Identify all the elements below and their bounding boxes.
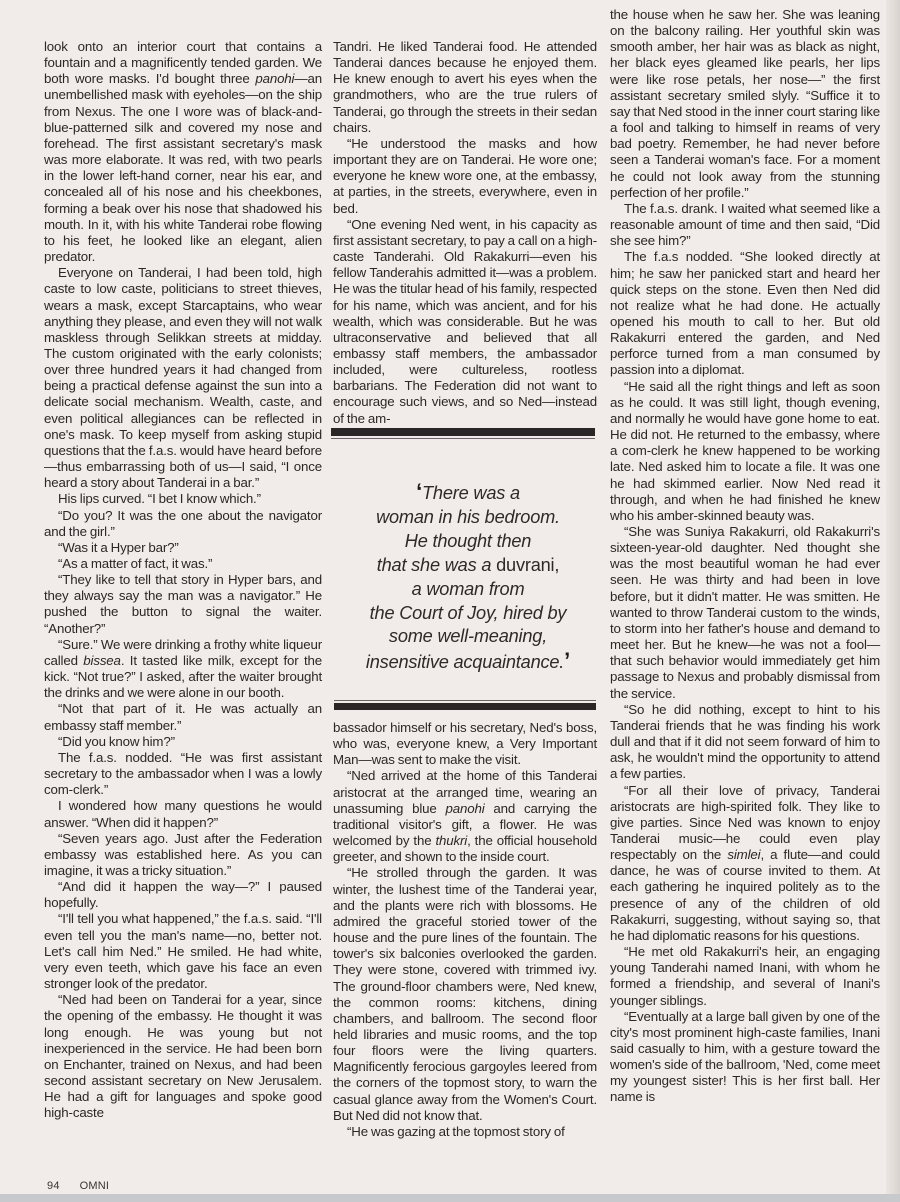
paragraph: “He met old Rakakurri's heir, an engagin… (610, 944, 880, 1009)
article-column-2-bottom: bassador himself or his secretary, Ned's… (333, 720, 597, 1140)
paragraph: look onto an interior court that contain… (44, 39, 322, 265)
italic-term: bissea (83, 653, 121, 668)
paragraph: bassador himself or his secretary, Ned's… (333, 720, 597, 768)
pullquote-line: the Court of Joy, hired by (343, 602, 593, 626)
paragraph: “One evening Ned went, in his capacity a… (333, 217, 597, 427)
article-column-1: look onto an interior court that contain… (44, 39, 322, 1121)
paragraph: Tandri. He liked Tanderai food. He atten… (333, 39, 597, 136)
paragraph: His lips curved. “I bet I know which.” (44, 491, 322, 507)
paragraph: “So he did nothing, except to hint to hi… (610, 702, 880, 783)
paragraph: “He understood the masks and how importa… (333, 136, 597, 217)
paragraph: “Was it a Hyper bar?” (44, 540, 322, 556)
paragraph: “Not that part of it. He was actually an… (44, 701, 322, 733)
paragraph: “As a matter of fact, it was.” (44, 556, 322, 572)
pullquote-body: ‘There was awoman in his bedroom.He thou… (343, 480, 593, 675)
paragraph: “Sure.” We were drinking a frothy white … (44, 637, 322, 702)
page-edge-shadow (886, 0, 900, 1202)
close-quote-mark-icon: ’ (564, 648, 570, 673)
rule-thin-line (331, 438, 595, 439)
paragraph: “Did you know him?” (44, 734, 322, 750)
pullquote-line: woman in his bedroom. (343, 506, 593, 530)
pullquote-line: ‘There was a (343, 480, 593, 506)
paragraph: “He strolled through the garden. It was … (333, 865, 597, 1124)
paragraph: “He said all the right things and left a… (610, 379, 880, 524)
italic-term: simlei (727, 847, 760, 862)
paragraph: “Do you? It was the one about the naviga… (44, 508, 322, 540)
pullquote-top-rule (331, 428, 595, 440)
page-number: 94 (47, 1180, 60, 1192)
paragraph: Everyone on Tanderai, I had been told, h… (44, 265, 322, 491)
pullquote-bottom-rule (334, 700, 596, 712)
paragraph: The f.a.s nodded. “She looked directly a… (610, 249, 880, 378)
italic-term: panohi (445, 801, 484, 816)
open-quote-mark-icon: ‘ (416, 479, 422, 504)
paragraph: “Ned had been on Tanderai for a year, si… (44, 992, 322, 1121)
paragraph: “I'll tell you what happened,” the f.a.s… (44, 911, 322, 992)
pullquote-line: insensitive acquaintance.’ (343, 649, 593, 675)
magazine-name: OMNI (80, 1180, 110, 1192)
pullquote-line: a woman from (343, 578, 593, 602)
article-column-2-top: Tandri. He liked Tanderai food. He atten… (333, 39, 597, 427)
rule-thick-bar (334, 703, 596, 710)
page-folio: 94OMNI (47, 1180, 129, 1192)
paragraph: “Ned arrived at the home of this Tandera… (333, 768, 597, 865)
paragraph: “Seven years ago. Just after the Federat… (44, 831, 322, 879)
paragraph: the house when he saw her. She was leani… (610, 7, 880, 201)
pullquote: ‘There was awoman in his bedroom.He thou… (343, 480, 593, 675)
paragraph: The f.a.s. nodded. “He was first assista… (44, 750, 322, 798)
italic-term: panohi (255, 71, 294, 86)
paragraph: “And did it happen the way—?” I paused h… (44, 879, 322, 911)
paragraph: “For all their love of privacy, Tanderai… (610, 783, 880, 945)
paragraph: “She was Suniya Rakakurri, old Rakakurri… (610, 524, 880, 702)
rule-thin-line (334, 700, 596, 701)
paragraph: “Eventually at a large ball given by one… (610, 1009, 880, 1106)
page-bottom-edge (0, 1194, 900, 1202)
paragraph: “He was gazing at the topmost story of (333, 1124, 597, 1140)
italic-term: thukri (435, 833, 467, 848)
paragraph: I wondered how many questions he would a… (44, 798, 322, 830)
pullquote-line: He thought then (343, 530, 593, 554)
roman-term: duvrani, (496, 555, 559, 575)
rule-thick-bar (331, 428, 595, 436)
pullquote-line: that she was a duvrani, (343, 554, 593, 578)
pullquote-line: some well-meaning, (343, 625, 593, 649)
paragraph: The f.a.s. drank. I waited what seemed l… (610, 201, 880, 249)
paragraph: “They like to tell that story in Hyper b… (44, 572, 322, 637)
article-column-3: the house when he saw her. She was leani… (610, 7, 880, 1106)
